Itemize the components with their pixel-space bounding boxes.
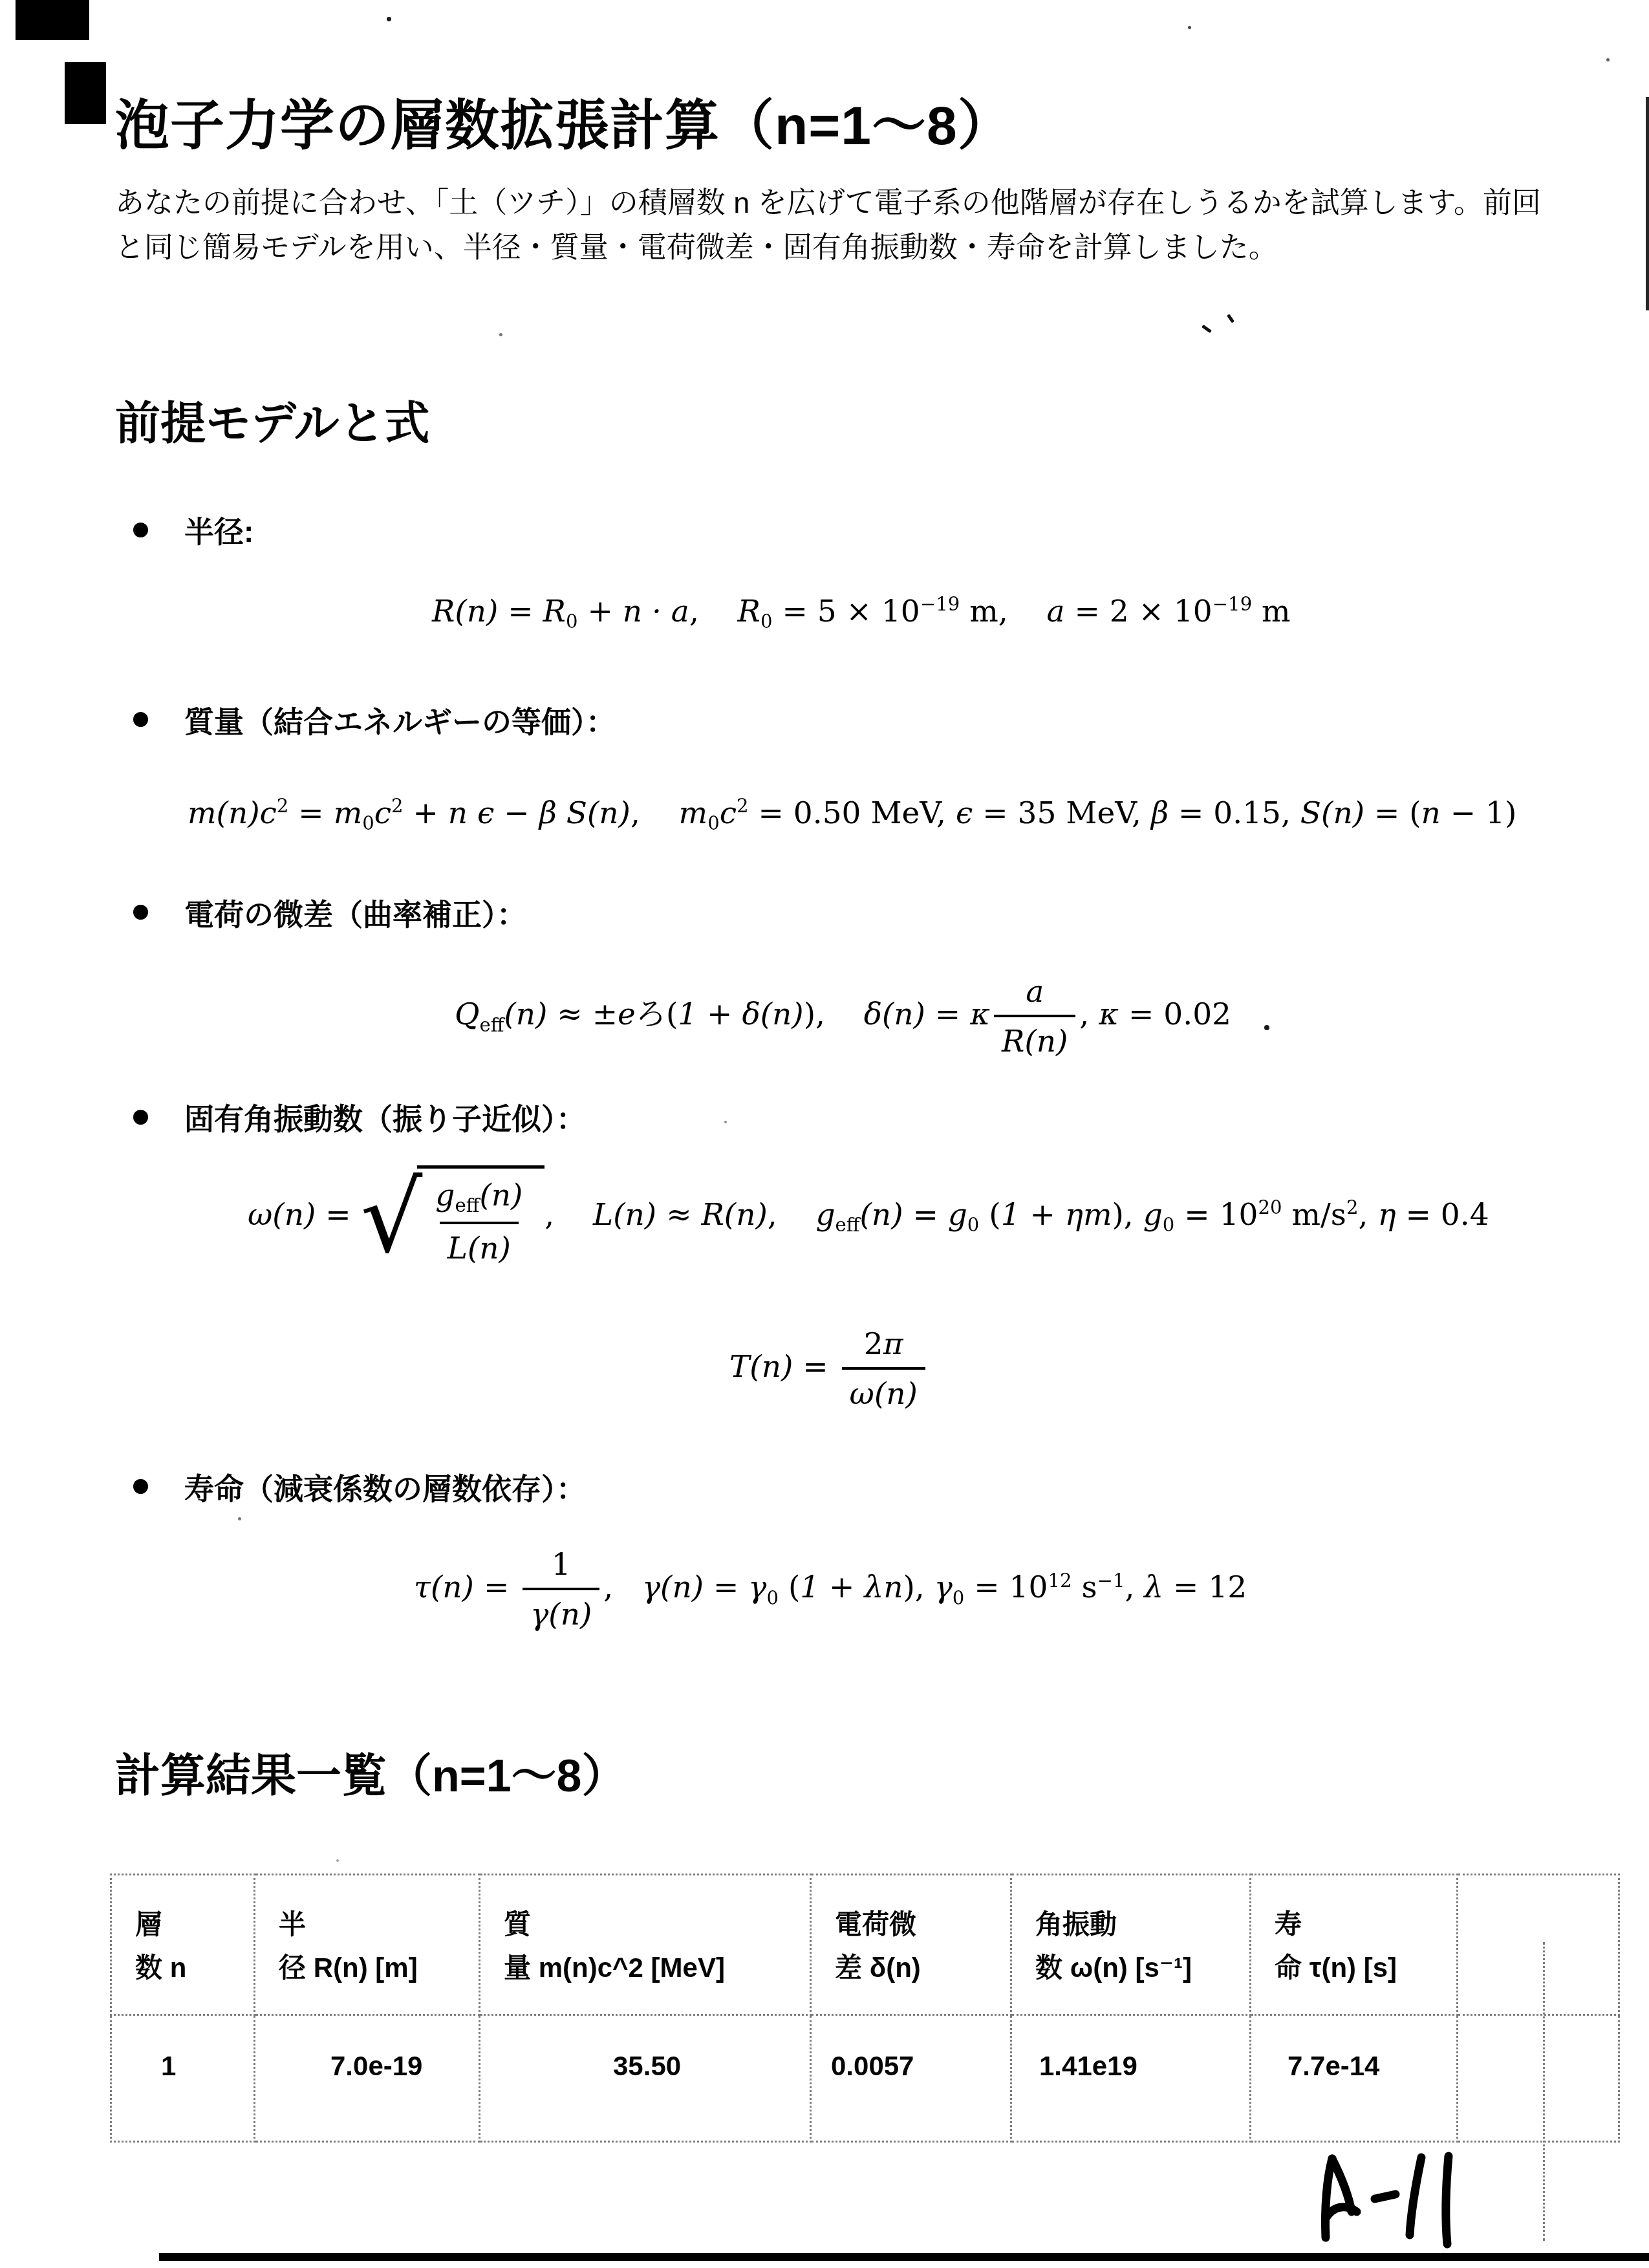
formula-period: T(n) = 2πω(n) (729, 1324, 1578, 1415)
intro-line-2: と同じ簡易モデルを用い、半径・質量・電荷微差・固有角振動数・寿命を計算しました。 (115, 226, 1578, 270)
formula-charge: Qeff(n) ≈ ±eろ(1 + δ(n)), δ(n) = κaR(n), … (455, 971, 1578, 1063)
bullet-radius: 半径: (115, 508, 1578, 551)
scan-corner-mark (16, 0, 89, 40)
table-header-row: 層 数 n 半 径 R(n) [m] 質 量 m(n)c^2 [MeV] 電荷微… (111, 1875, 1619, 2015)
col-header-mass: 質 量 m(n)c^2 [MeV] (480, 1875, 811, 2015)
bullet-mass-label: 質量（結合エネルギーの等価）： (184, 698, 616, 741)
scan-dotted-line-artifact (1543, 1942, 1545, 2241)
bullet-icon (133, 523, 148, 537)
intro-line-1: あなたの前提に合わせ、「土（ツチ）」の積層数 n を広げて電子系の他階層が存在し… (115, 181, 1578, 225)
handwritten-annotation-a11 (1308, 2139, 1521, 2259)
scan-speckle (1264, 1025, 1269, 1030)
bullet-omega: 固有角振動数（振り子近似）： (115, 1096, 1578, 1138)
bullet-radius-label: 半径: (184, 508, 253, 551)
cell-charge: 0.0057 (811, 2015, 1011, 2142)
bullet-icon (133, 905, 148, 920)
col-header-omega: 角振動 数 ω(n) [s⁻¹] (1011, 1875, 1251, 2015)
bullet-icon (133, 1110, 148, 1125)
bullet-lifetime-label: 寿命（減衰係数の層数依存）： (184, 1465, 586, 1508)
scan-speckle (387, 17, 391, 21)
section-heading-model: 前提モデルと式 (115, 399, 1578, 449)
bullet-charge: 電荷の微差（曲率補正）： (115, 891, 1578, 934)
cell-omega: 1.41e19 (1011, 2015, 1251, 2142)
formula-omega: ω(n) = √geff(n)L(n), L(n) ≈ R(n), geff(n… (248, 1165, 1578, 1269)
cell-layer: 1 (111, 2015, 255, 2142)
bullet-icon (133, 1479, 148, 1494)
bullet-charge-label: 電荷の微差（曲率補正）： (184, 891, 526, 934)
col-header-empty (1458, 1875, 1619, 2015)
scanned-document-page: 泡子力学の層数拡張計算（n=1～8） あなたの前提に合わせ、「土（ツチ）」の積層… (0, 0, 1649, 2268)
page-title: 泡子力学の層数拡張計算（n=1～8） (115, 96, 1578, 155)
formula-lifetime: τ(n) = 1γ(n), γ(n) = γ0 (1 + λn), γ0 = 1… (414, 1544, 1578, 1636)
scan-speckle (499, 333, 502, 336)
scan-speckle (238, 1517, 241, 1520)
cell-empty (1458, 2015, 1619, 2142)
bullet-mass: 質量（結合エネルギーの等価）： (115, 698, 1578, 741)
bullet-icon (133, 712, 148, 727)
formula-mass: m(n)c2 = m0c2 + n ϵ − β S(n), m0c2 = 0.5… (188, 793, 1578, 837)
results-table: 層 数 n 半 径 R(n) [m] 質 量 m(n)c^2 [MeV] 電荷微… (110, 1874, 1620, 2143)
scan-speckle (724, 1121, 727, 1123)
scan-bottom-line (159, 2253, 1649, 2261)
col-header-lifetime: 寿 命 τ(n) [s] (1251, 1875, 1458, 2015)
cell-mass: 35.50 (480, 2015, 811, 2142)
cell-radius: 7.0e-19 (255, 2015, 480, 2142)
section-heading-results: 計算結果一覧（n=1～8） (115, 1751, 1578, 1801)
intro-paragraph: あなたの前提に合わせ、「土（ツチ）」の積層数 n を広げて電子系の他階層が存在し… (115, 181, 1578, 270)
table-row: 1 7.0e-19 35.50 0.0057 1.41e19 7.7e-14 (111, 2015, 1619, 2142)
scan-speckle (1188, 26, 1191, 29)
scan-speckle (336, 1859, 339, 1862)
document-content: 泡子力学の層数拡張計算（n=1～8） あなたの前提に合わせ、「土（ツチ）」の積層… (0, 96, 1649, 2143)
bullet-omega-label: 固有角振動数（振り子近似）： (184, 1096, 586, 1138)
formula-radius: R(n) = R0 + n · a, R0 = 5 × 10−19 m, a =… (432, 591, 1578, 635)
col-header-layer: 層 数 n (111, 1875, 255, 2015)
col-header-radius: 半 径 R(n) [m] (255, 1875, 480, 2015)
col-header-charge: 電荷微 差 δ(n) (811, 1875, 1011, 2015)
bullet-lifetime: 寿命（減衰係数の層数依存）： (115, 1465, 1578, 1508)
cell-lifetime: 7.7e-14 (1251, 2015, 1458, 2142)
scan-speckle (1606, 58, 1610, 61)
